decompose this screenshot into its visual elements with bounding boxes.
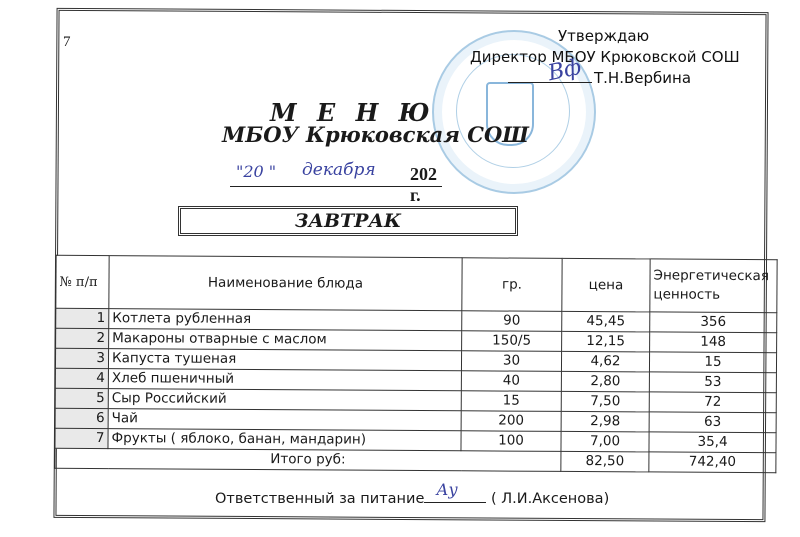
row-price: 4,62 <box>561 351 649 372</box>
row-grams: 40 <box>461 371 561 392</box>
row-energy: 148 <box>650 332 777 353</box>
row-num: 2 <box>56 328 109 348</box>
total-price: 82,50 <box>561 451 649 472</box>
row-num: 5 <box>55 388 108 408</box>
row-num: 7 <box>55 428 108 448</box>
row-num: 1 <box>56 308 109 328</box>
header-name: Наименование блюда <box>109 256 462 311</box>
row-energy: 53 <box>649 372 776 393</box>
row-energy: 63 <box>649 412 776 433</box>
table-header-row: № п/п Наименование блюда гр. цена Энерге… <box>56 255 777 312</box>
page-number: 7 <box>63 34 71 51</box>
approval-heading: Утверждаю <box>470 26 740 47</box>
date-year: 202 г. <box>410 164 442 206</box>
responsible-signature: Ау <box>436 480 457 499</box>
total-label: Итого руб: <box>55 448 561 471</box>
responsible-name: ( Л.И.Аксенова) <box>491 491 609 507</box>
row-name: Макароны отварные с маслом <box>109 329 462 351</box>
row-grams: 200 <box>461 411 561 432</box>
row-energy: 356 <box>650 312 777 333</box>
row-price: 7,50 <box>561 391 649 412</box>
approval-name: Т.Н.Вербина <box>470 68 740 89</box>
row-grams: 15 <box>461 391 561 412</box>
row-grams: 90 <box>462 311 562 332</box>
responsible-label: Ответственный за питание <box>215 491 424 507</box>
meal-heading: ЗАВТРАК <box>178 206 518 236</box>
total-row: Итого руб: 82,50 742,40 <box>55 448 776 472</box>
row-num: 6 <box>55 408 108 428</box>
row-price: 2,98 <box>561 411 649 432</box>
menu-date: "20 " декабря 202 г. <box>230 164 442 187</box>
row-price: 45,45 <box>562 311 650 332</box>
date-month: декабря <box>302 160 376 180</box>
row-price: 2,80 <box>561 371 649 392</box>
row-grams: 30 <box>461 351 561 372</box>
row-energy: 15 <box>649 352 776 373</box>
row-price: 7,00 <box>561 431 649 452</box>
date-day: "20 " <box>236 162 276 181</box>
row-name: Сыр Российский <box>108 389 461 411</box>
row-num: 3 <box>55 348 108 368</box>
row-name: Чай <box>108 409 461 431</box>
row-energy: 72 <box>649 392 776 413</box>
header-grams: гр. <box>462 258 562 312</box>
approval-position: Директор МБОУ Крюковской СОШ <box>470 47 740 68</box>
row-price: 12,15 <box>562 331 650 352</box>
responsible-signature-line: Ау <box>424 490 486 503</box>
row-name: Капуста тушеная <box>108 349 461 371</box>
menu-table: № п/п Наименование блюда гр. цена Энерге… <box>54 255 777 473</box>
row-num: 4 <box>55 368 108 388</box>
row-energy: 35,4 <box>649 432 776 453</box>
row-name: Хлеб пшеничный <box>108 369 461 391</box>
row-name: Фрукты ( яблоко, банан, мандарин) <box>108 429 461 451</box>
school-name: МБОУ Крюковская СОШ <box>222 122 529 147</box>
row-grams: 150/5 <box>462 331 562 352</box>
header-price: цена <box>562 258 650 312</box>
row-name: Котлета рубленная <box>109 309 462 331</box>
responsible-person: Ответственный за питаниеАу ( Л.И.Аксенов… <box>215 490 609 507</box>
row-grams: 100 <box>461 431 561 452</box>
approval-block: Утверждаю Директор МБОУ Крюковской СОШ Т… <box>470 26 740 89</box>
total-energy: 742,40 <box>649 452 776 473</box>
header-num: № п/п <box>56 255 109 308</box>
header-energy: Энергетическая ценность <box>650 259 777 313</box>
